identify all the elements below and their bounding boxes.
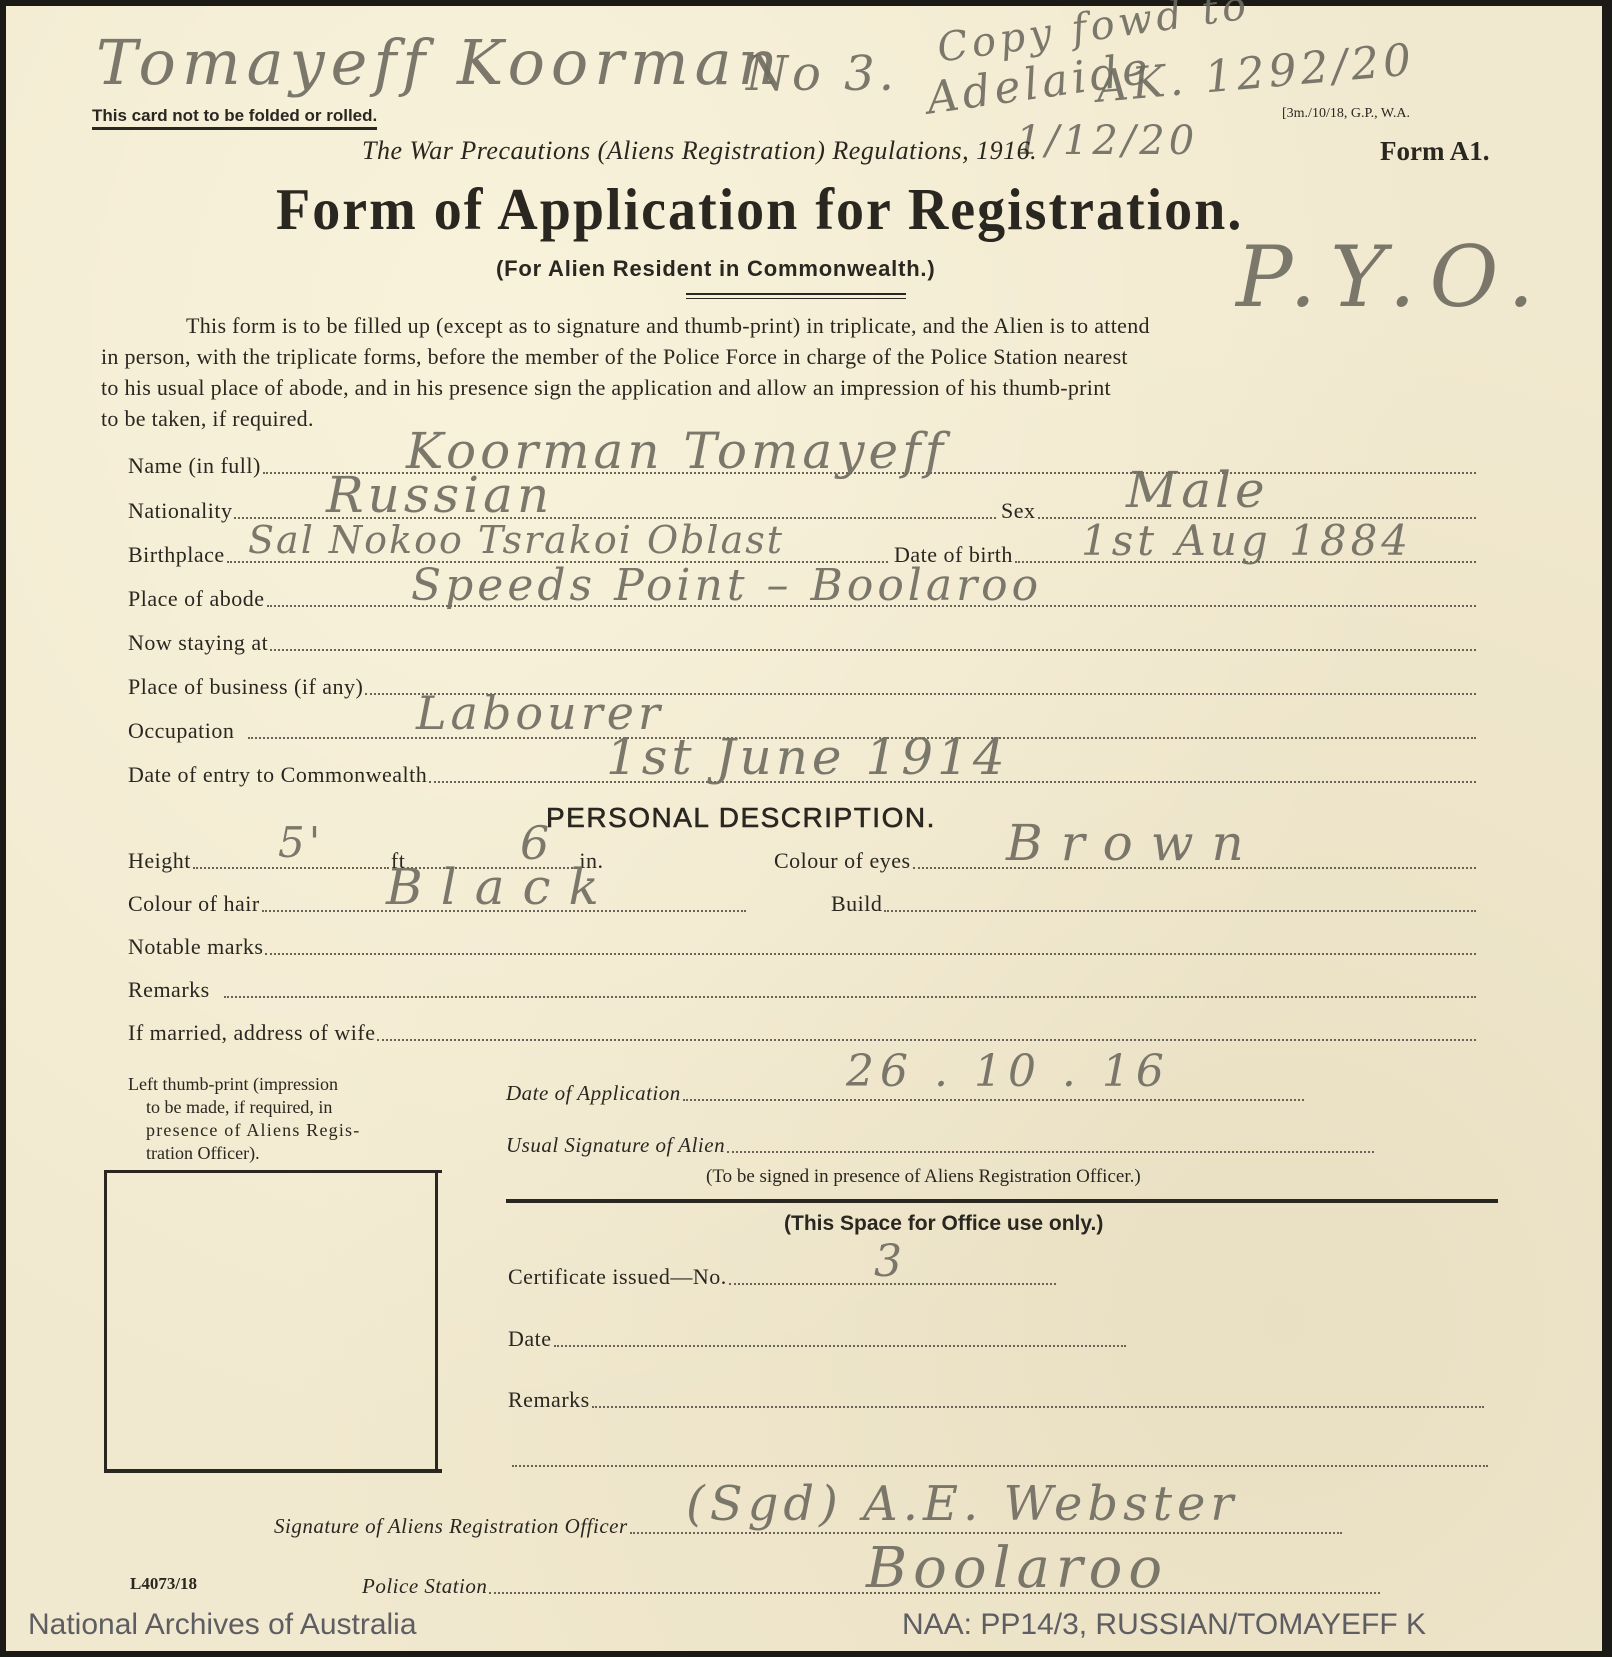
field-office-remarks-label: Remarks <box>508 1387 590 1413</box>
field-nationality-label: Nationality <box>128 498 232 524</box>
field-now-staying: Now staying at <box>128 630 1478 656</box>
handwritten-pyo: P.Y.O. <box>1236 228 1548 326</box>
thumbprint-caption-1: Left thumb-print (impression <box>128 1074 338 1095</box>
field-hair-value: Black <box>386 858 617 916</box>
field-certificate-no: Certificate issued—No. <box>508 1264 1058 1290</box>
field-certificate-no-label: Certificate issued—No. <box>508 1264 727 1290</box>
handwritten-ref-date: 1/12/20 <box>1016 118 1198 164</box>
field-hair-label: Colour of hair <box>128 891 260 917</box>
field-notable-marks: Notable marks <box>128 934 1478 960</box>
field-alien-signature-label: Usual Signature of Alien <box>506 1133 725 1158</box>
field-now-staying-line[interactable] <box>270 648 1476 651</box>
instructions-line-1: This form is to be filled up (except as … <box>186 313 1150 339</box>
field-place-of-abode-label: Place of abode <box>128 586 265 612</box>
form-number: Form A1. <box>1380 136 1489 167</box>
field-height-ft-value: 5' <box>278 818 324 867</box>
field-office-remarks: Remarks <box>508 1387 1486 1413</box>
field-wife-address-line[interactable] <box>377 1038 1476 1041</box>
instructions-line-3: to his usual place of abode, and in his … <box>101 375 1111 401</box>
field-date-of-birth-value: 1st Aug 1884 <box>1081 516 1412 565</box>
field-wife-address-label: If married, address of wife <box>128 1020 375 1046</box>
field-eyes-label: Colour of eyes <box>774 848 911 874</box>
field-build: Build <box>831 891 1478 917</box>
office-use-heading: (This Space for Office use only.) <box>784 1212 1103 1236</box>
field-police-station-value: Boolaroo <box>866 1536 1168 1601</box>
office-use-separator <box>506 1199 1498 1203</box>
regulations-line: The War Precautions (Aliens Registration… <box>362 136 1037 166</box>
instructions-line-2: in person, with the triplicate forms, be… <box>101 344 1128 370</box>
field-sex-value: Male <box>1126 461 1269 519</box>
instructions-line-4: to be taken, if required. <box>101 406 314 432</box>
thumbprint-caption-2: to be made, if required, in <box>146 1097 332 1118</box>
print-code: L4073/18 <box>130 1574 197 1594</box>
field-sex-label: Sex <box>1001 498 1036 524</box>
field-place-of-abode-value: Speeds Point – Boolaroo <box>411 560 1042 611</box>
field-office-date-line[interactable] <box>554 1344 1126 1347</box>
personal-description-heading: PERSONAL DESCRIPTION. <box>546 802 936 834</box>
field-certificate-no-value: 3 <box>874 1236 906 1287</box>
field-remarks: Remarks <box>128 977 1478 1003</box>
field-date-of-application-value: 26 . 10 . 16 <box>846 1046 1170 1097</box>
field-alien-signature-line[interactable] <box>727 1150 1374 1153</box>
field-office-date-label: Date <box>508 1326 552 1352</box>
field-date-of-entry-label: Date of entry to Commonwealth <box>128 762 427 788</box>
archive-name: National Archives of Australia <box>28 1608 417 1642</box>
thumbprint-box-bottom <box>104 1469 442 1473</box>
subtitle-double-rule <box>686 293 906 295</box>
field-nationality-value: Russian <box>326 466 553 524</box>
field-alien-signature: Usual Signature of Alien <box>506 1133 1376 1158</box>
field-birthplace-label: Birthplace <box>128 542 225 568</box>
handwritten-top-number: No 3. <box>746 46 898 102</box>
field-office-remarks-line-2[interactable] <box>512 1464 1488 1467</box>
field-place-of-business: Place of business (if any) <box>128 674 1478 700</box>
thumbprint-box[interactable] <box>104 1173 438 1469</box>
printer-reference: [3m./10/18, G.P., W.A. <box>1282 106 1410 122</box>
field-remarks-line[interactable] <box>224 995 1476 998</box>
field-occupation-label: Occupation <box>128 718 234 744</box>
field-police-station-label: Police Station <box>362 1574 487 1599</box>
archive-reference: NAA: PP14/3, RUSSIAN/TOMAYEFF K <box>902 1608 1426 1642</box>
signature-note: (To be signed in presence of Aliens Regi… <box>706 1166 1141 1188</box>
field-date-of-application-label: Date of Application <box>506 1081 681 1106</box>
field-officer-signature-label: Signature of Aliens Registration Officer <box>274 1514 628 1539</box>
field-height-label: Height <box>128 848 191 874</box>
registration-card: Tomayeff Koorman No 3. Copy fowd to Adel… <box>6 6 1602 1651</box>
field-build-label: Build <box>831 891 882 917</box>
field-eyes-value: Brown <box>1006 814 1262 872</box>
field-place-of-business-label: Place of business (if any) <box>128 674 363 700</box>
field-build-line[interactable] <box>884 909 1476 912</box>
field-date-of-entry-value: 1st June 1914 <box>606 728 1009 786</box>
subtitle-double-rule-2 <box>686 298 906 299</box>
field-notable-marks-label: Notable marks <box>128 934 263 960</box>
thumbprint-caption-3: presence of Aliens Regis- <box>146 1120 360 1141</box>
field-date-of-application-line[interactable] <box>683 1098 1304 1101</box>
field-wife-address: If married, address of wife <box>128 1020 1478 1046</box>
field-name-label: Name (in full) <box>128 453 261 479</box>
thumbprint-caption-4: tration Officer). <box>146 1143 260 1164</box>
field-office-date: Date <box>508 1326 1128 1352</box>
form-title: Form of Application for Registration. <box>276 176 1243 243</box>
field-birthplace-value: Sal Nokoo Tsrakoi Oblast <box>248 518 784 562</box>
form-subtitle: (For Alien Resident in Commonwealth.) <box>496 256 935 282</box>
field-office-remarks-line[interactable] <box>592 1405 1484 1408</box>
handwritten-top-name: Tomayeff Koorman <box>96 26 784 99</box>
field-officer-signature-value: (Sgd) A.E. Webster <box>686 1476 1238 1532</box>
field-remarks-label: Remarks <box>128 977 210 1003</box>
fold-notice: This card not to be folded or rolled. <box>92 106 377 130</box>
field-notable-marks-line[interactable] <box>265 952 1476 955</box>
field-now-staying-label: Now staying at <box>128 630 268 656</box>
